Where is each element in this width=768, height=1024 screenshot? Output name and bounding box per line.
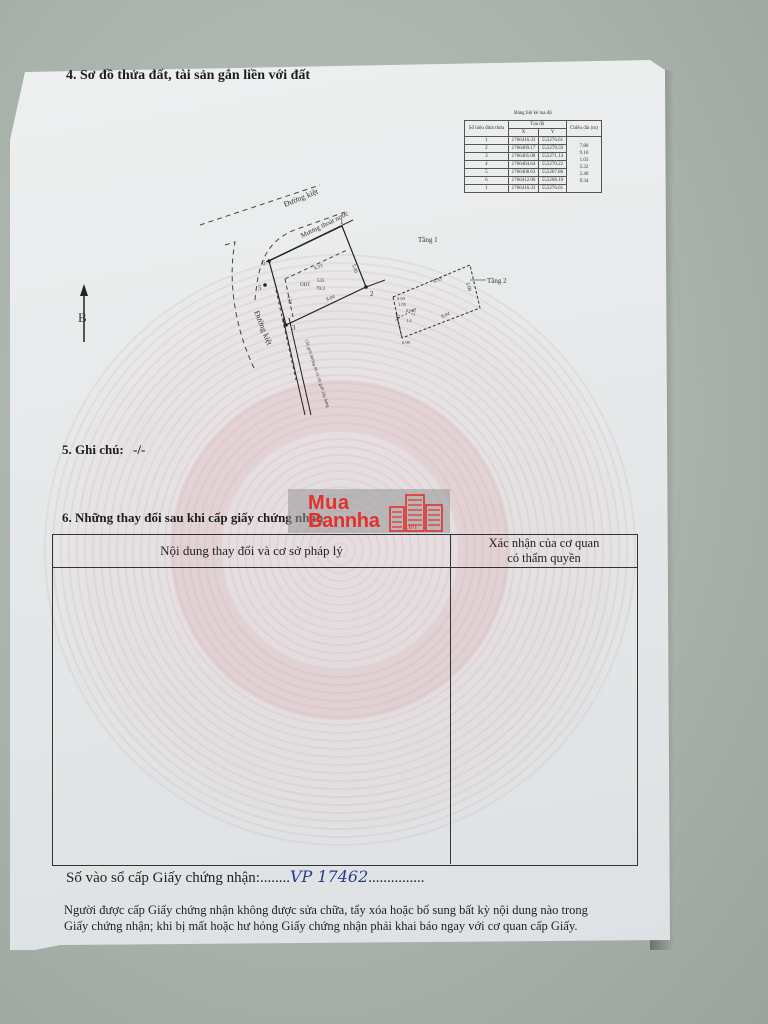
edge-right-length: 5.00	[350, 264, 358, 274]
registration-number: VP 17462	[290, 867, 368, 886]
building-logo-icon	[388, 491, 448, 533]
changes-header-content: Nội dung thay đổi và cơ sở pháp lý	[53, 535, 451, 568]
svg-text:B: B	[78, 310, 87, 325]
registration-number-line: Số vào sổ cấp Giấy chứng nhận:........VP…	[66, 867, 425, 887]
section-5-value: -/-	[133, 442, 145, 457]
note-line-2: Giấy chứng nhận; khi bị mất hoặc hư hỏng…	[64, 918, 634, 934]
changes-authority-cell	[451, 568, 637, 864]
floor2-bottom-length: 8.04	[441, 312, 451, 320]
edge-left-length: 4.59	[285, 295, 292, 305]
section-5-title: 5. Ghi chú:	[62, 442, 124, 457]
corner-6: 6	[262, 259, 266, 267]
registration-dots-after: ...............	[368, 870, 424, 886]
floor2-top-length: 8.33	[433, 277, 443, 285]
floor-1-label: Tầng 1	[418, 236, 438, 244]
note-line-1: Người được cấp Giấy chứng nhận không đượ…	[64, 902, 634, 918]
registration-label: Số vào sổ cấp Giấy chứng nhận:	[66, 870, 260, 886]
floor2-right-length: 5.00	[464, 282, 472, 292]
road-top-label: Đường kiệt	[282, 187, 320, 209]
floor2-dimension: 1.4	[406, 318, 412, 323]
parcel-area: 79.3	[316, 287, 325, 292]
changes-content-cell	[53, 568, 451, 864]
floor2-dimension: 1.05	[398, 302, 407, 307]
corner-4: 4	[283, 322, 286, 328]
registration-dots-before: ........	[260, 870, 290, 886]
changes-table: Nội dung thay đổi và cơ sở pháp lý Xác n…	[52, 534, 638, 866]
parcel-number: 535	[317, 279, 325, 284]
corner-1: 1	[340, 218, 344, 226]
parcel-code: ODT	[300, 283, 310, 288]
floor-2-label: Tầng 2	[487, 277, 507, 285]
certificate-warning-note: Người được cấp Giấy chứng nhận không đượ…	[64, 902, 634, 934]
authority-header-line1: Xác nhận của cơ quan	[489, 536, 600, 551]
section-5-notes: 5. Ghi chú: -/-	[62, 442, 145, 458]
corner-3: 3	[292, 324, 296, 332]
section-6-title: 6. Những thay đổi sau khi cấp giấy chứng…	[62, 510, 323, 526]
watermark-line2: Bannha	[308, 511, 380, 531]
authority-header-line2: có thẩm quyền	[489, 551, 600, 566]
boundary-note: Chỉ giới đường đỏ và chỉ giới xây dựng	[304, 339, 331, 409]
changes-header-authority: Xác nhận của cơ quan có thẩm quyền	[451, 535, 637, 568]
north-arrow-icon: B	[78, 284, 88, 342]
watermark-logo: Mua Bannha .vn	[288, 489, 450, 533]
road-left-label: Đường kiệt	[252, 309, 274, 347]
corner-5: 5	[258, 284, 262, 292]
edge-top-length: 8.33	[314, 263, 324, 271]
floor2-dimension: 0.99	[402, 340, 411, 345]
corner-2: 2	[370, 290, 374, 298]
floor2-dimension: 0.69	[397, 296, 406, 301]
